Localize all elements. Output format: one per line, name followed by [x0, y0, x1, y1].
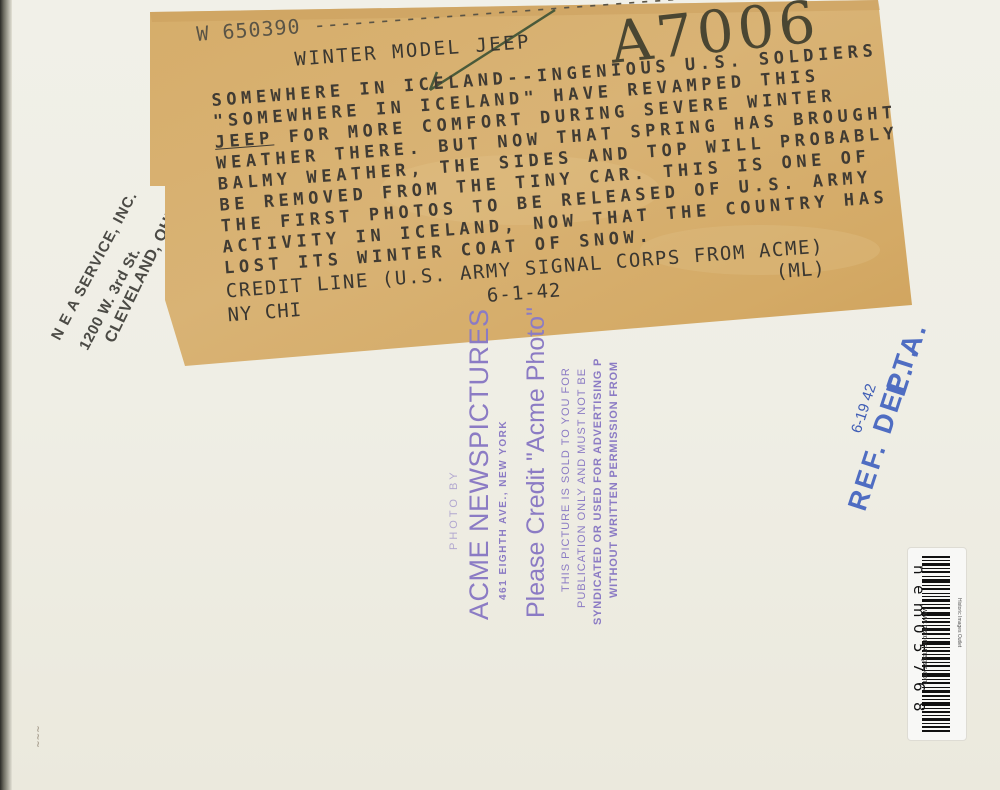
caption-initials: (ML): [775, 257, 826, 283]
acme-stamp-company: ACME NEWSPICTURES: [464, 308, 495, 620]
caption-label: A7006 W 650390 -------------------------…: [0, 0, 1000, 790]
barcode-url-text: www.historicimages.com: [921, 608, 928, 685]
acme-stamp-terms-3: SYNDICATED OR USED FOR ADVERTISING P: [592, 358, 604, 625]
pencil-mark: ~~~: [34, 725, 44, 748]
barcode-sticker: nem05768 www.historicimages.com Historic…: [907, 547, 967, 741]
acme-stamp-address: 461 EIGHTH AVE., NEW YORK: [498, 420, 509, 600]
acme-stamp-terms-4: WITHOUT WRITTEN PERMISSION FROM: [608, 361, 620, 598]
acme-stamp-terms-1: THIS PICTURE IS SOLD TO YOU FOR: [560, 367, 572, 592]
acme-stamp-header: PHOTO BY: [448, 469, 460, 550]
acme-stamp-terms-2: PUBLICATION ONLY AND MUST NOT BE: [576, 368, 588, 608]
barcode-small-text: Historic Images Outlet: [956, 598, 962, 647]
acme-stamp-credit: Please Credit "Acme Photo": [522, 307, 551, 618]
